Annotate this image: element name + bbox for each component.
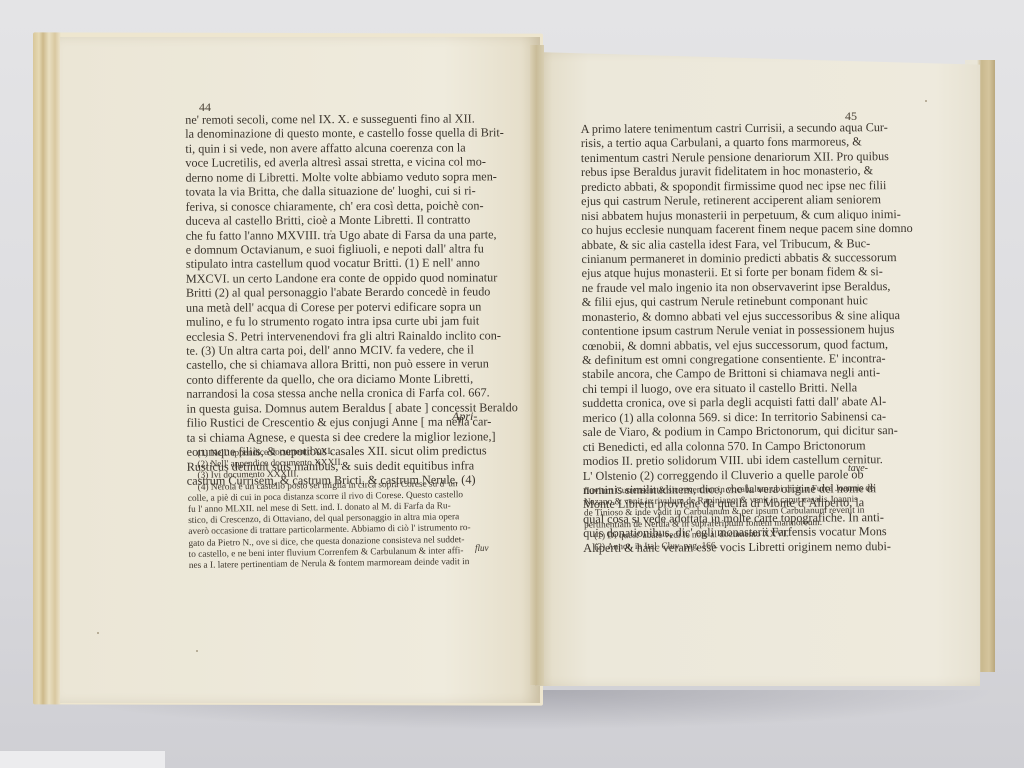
text-line: Britti (2) al qual personaggio l'abate B… bbox=[186, 285, 516, 301]
text-line: ne' remoti secoli, come nel IX. X. e sus… bbox=[185, 111, 515, 127]
text-line: feriva, si conosce chiaramente, ch' era … bbox=[186, 198, 516, 214]
catchword-left: Apri- bbox=[452, 409, 477, 424]
text-line: che fu fatto l'anno MXVIII. tra Ugo abat… bbox=[186, 227, 516, 243]
paper-speck bbox=[925, 100, 927, 102]
text-line: duceva al castello Britti, cioè a Monte … bbox=[186, 212, 516, 228]
catchword-right: tave- bbox=[848, 463, 868, 474]
text-line: tovata la via Britta, che dalla situazio… bbox=[185, 183, 515, 199]
left-page-body: ne' remoti secoli, come nel IX. X. e sus… bbox=[185, 111, 517, 488]
text-line: MXCVI. un certo Landone era conte de opp… bbox=[186, 270, 516, 286]
text-line: ti, quin i si vede, non avere affatto al… bbox=[185, 140, 515, 156]
text-line: castello, che si chiamava allora Britti,… bbox=[186, 357, 516, 373]
text-line: sale de Viaro, & podium in Campo Bricton… bbox=[583, 423, 909, 439]
text-line: contentione ipsum castrum Nerule veniat … bbox=[582, 322, 908, 338]
text-line: voce Lucretilis, ed averla altresì assai… bbox=[185, 155, 515, 171]
text-line: suddetta cronica, ove si parla degli acq… bbox=[582, 394, 908, 410]
right-footnotes: fluvium Currensem & sic revertitur in vo… bbox=[584, 483, 875, 553]
left-footnotes: (1) Nell' appendice documento XXI. (2) N… bbox=[187, 445, 471, 572]
text-line: ta si chiama Agnese, e questa si dee cre… bbox=[187, 429, 517, 445]
paper-speck bbox=[97, 632, 99, 634]
text-line: te. (3) Un altra carta poi, dell' anno M… bbox=[186, 342, 516, 358]
text-line: & filii ejus, qui castrum Nerule retineb… bbox=[582, 293, 908, 309]
text-line: stipulato intra castellum quod vocatur B… bbox=[186, 256, 516, 272]
footnote-catchword-left: fluv bbox=[475, 543, 489, 553]
text-line: mulino, e fu lo strumento rogato intra i… bbox=[186, 313, 516, 329]
text-line: derno nome di Libretti. Molte volte abbi… bbox=[185, 169, 515, 185]
text-line: co hujus ecclesie nunquam facerent finem… bbox=[581, 221, 907, 237]
text-line: e domnum Octavianum, e suoi figliuoli, e… bbox=[186, 241, 516, 257]
paper-speck bbox=[196, 650, 198, 652]
book-gutter bbox=[530, 45, 544, 685]
text-line: ejus qui castrum Nerule, retinerent acci… bbox=[581, 192, 907, 208]
paper-strip bbox=[0, 750, 165, 768]
text-line: conto differente da quello, che ora dici… bbox=[186, 371, 516, 387]
text-line: ecclesia S. Petri intervenendovi fra gli… bbox=[186, 328, 516, 344]
text-line: rebus ipse Beraldus juravit fidelitatem … bbox=[581, 163, 907, 179]
text-line: stabile ancora, che Campo de Brittoni si… bbox=[582, 365, 908, 381]
text-line: la denominazione di questo monte, e cast… bbox=[185, 126, 515, 142]
text-line: una metà dell' acqua di Corese per poter… bbox=[186, 299, 516, 315]
text-line: narrandosi la cosa stessa anche nella cr… bbox=[186, 386, 516, 402]
